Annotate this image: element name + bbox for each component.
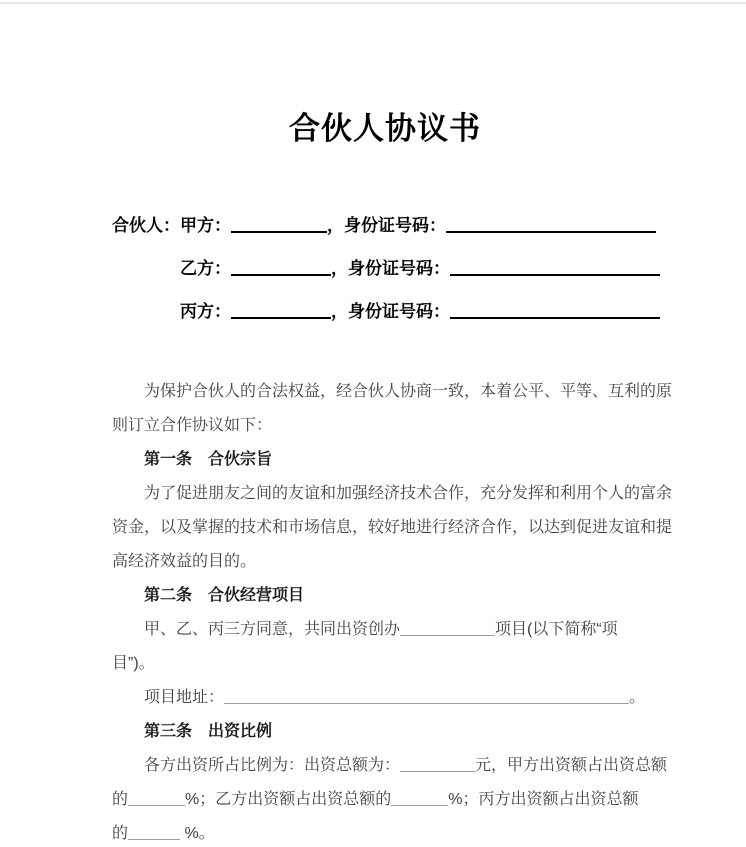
document-title: 合伙人协议书	[112, 0, 658, 147]
document-body: 为保护合伙人的合法权益，经合伙人协商一致，本着公平、平等、互利的原则订立合作协议…	[112, 375, 658, 847]
paragraph-text: 的	[112, 791, 128, 808]
paragraph-line: 则订立合作协议如下：	[112, 409, 658, 443]
page-top-border	[0, 2, 746, 4]
section-heading: 第二条 合伙经营项目	[112, 579, 658, 613]
paragraph-line: 的 %。	[112, 817, 658, 847]
paragraph-text: 则订立合作协议如下：	[112, 417, 272, 434]
document-page: 合伙人协议书 合伙人：甲方：，身份证号码：乙方：，身份证号码：丙方：，身份证号码…	[0, 0, 746, 847]
section-heading: 第三条 出资比例	[112, 715, 658, 749]
fill-in-blank	[231, 259, 331, 276]
paragraph-text: 元，甲方出资额占出资总额	[475, 757, 667, 774]
paragraph-line: 项目地址：。	[112, 681, 658, 715]
fill-in-blank	[446, 216, 656, 233]
paragraph-line: 为保护合伙人的合法权益，经合伙人协商一致，本着公平、平等、互利的原	[112, 375, 658, 409]
paragraph-line: 目”)。	[112, 647, 658, 681]
paragraph-text: 。	[629, 689, 645, 706]
paragraph-line: 的%；乙方出资额占出资总额的%；丙方出资额占出资总额	[112, 783, 658, 817]
fill-in-blank	[231, 216, 327, 233]
paragraph-line: 甲、乙、丙三方同意，共同出资创办项目(以下简称“项	[112, 613, 658, 647]
paragraph-line: 为了促进朋友之间的友谊和加强经济技术合作，充分发挥和利用个人的富余	[112, 477, 658, 511]
fill-in-blank	[224, 689, 629, 704]
paragraph-text: 第二条 合伙经营项目	[144, 587, 304, 604]
paragraph-text: 甲、乙、丙三方同意，共同出资创办	[144, 621, 400, 638]
id-number-label: ，身份证号码：	[327, 216, 446, 235]
paragraph-text: 各方出资所占比例为：出资总额为：	[144, 757, 400, 774]
party-label: 乙方：	[180, 259, 231, 278]
partners-block: 合伙人：甲方：，身份证号码：乙方：，身份证号码：丙方：，身份证号码：	[112, 204, 658, 333]
paragraph-line: 资金，以及掌握的技术和市场信息，较好地进行经济合作，以达到促进友谊和提	[112, 511, 658, 545]
id-number-label: ，身份证号码：	[331, 259, 450, 278]
fill-in-blank	[128, 825, 180, 840]
paragraph-text: 项目地址：	[144, 689, 224, 706]
paragraph-text: 为了促进朋友之间的友谊和加强经济技术合作，充分发挥和利用个人的富余	[144, 485, 672, 502]
fill-in-blank	[391, 791, 448, 806]
id-number-label: ，身份证号码：	[331, 302, 450, 321]
fill-in-blank	[400, 757, 475, 772]
fill-in-blank	[400, 621, 495, 636]
fill-in-blank	[450, 259, 660, 276]
party-label: 甲方：	[180, 216, 231, 235]
paragraph-text: %；丙方出资额占出资总额	[448, 791, 638, 808]
paragraph-text: 第三条 出资比例	[144, 723, 272, 740]
paragraph-text: 资金，以及掌握的技术和市场信息，较好地进行经济合作，以达到促进友谊和提	[112, 519, 672, 536]
section-heading: 第一条 合伙宗旨	[112, 443, 658, 477]
paragraph-text: %；乙方出资额占出资总额的	[185, 791, 391, 808]
paragraph-text: 目”)。	[112, 655, 155, 672]
paragraph-text: 的	[112, 825, 128, 842]
partner-row: 丙方：，身份证号码：	[112, 290, 658, 333]
paragraph-text: %。	[180, 825, 215, 842]
document-content: 合伙人协议书 合伙人：甲方：，身份证号码：乙方：，身份证号码：丙方：，身份证号码…	[112, 0, 658, 847]
fill-in-blank	[231, 302, 331, 319]
paragraph-text: 高经济效益的目的。	[112, 553, 256, 570]
partner-row: 合伙人：甲方：，身份证号码：	[112, 204, 658, 247]
paragraph-line: 高经济效益的目的。	[112, 545, 658, 579]
partners-label: 合伙人：	[112, 216, 180, 235]
partner-row: 乙方：，身份证号码：	[112, 247, 658, 290]
fill-in-blank	[450, 302, 660, 319]
paragraph-text: 第一条 合伙宗旨	[144, 451, 272, 468]
fill-in-blank	[128, 791, 185, 806]
paragraph-text: 项目(以下简称“项	[495, 621, 618, 638]
paragraph-line: 各方出资所占比例为：出资总额为：元，甲方出资额占出资总额	[112, 749, 658, 783]
paragraph-text: 为保护合伙人的合法权益，经合伙人协商一致，本着公平、平等、互利的原	[144, 383, 672, 400]
party-label: 丙方：	[180, 302, 231, 321]
